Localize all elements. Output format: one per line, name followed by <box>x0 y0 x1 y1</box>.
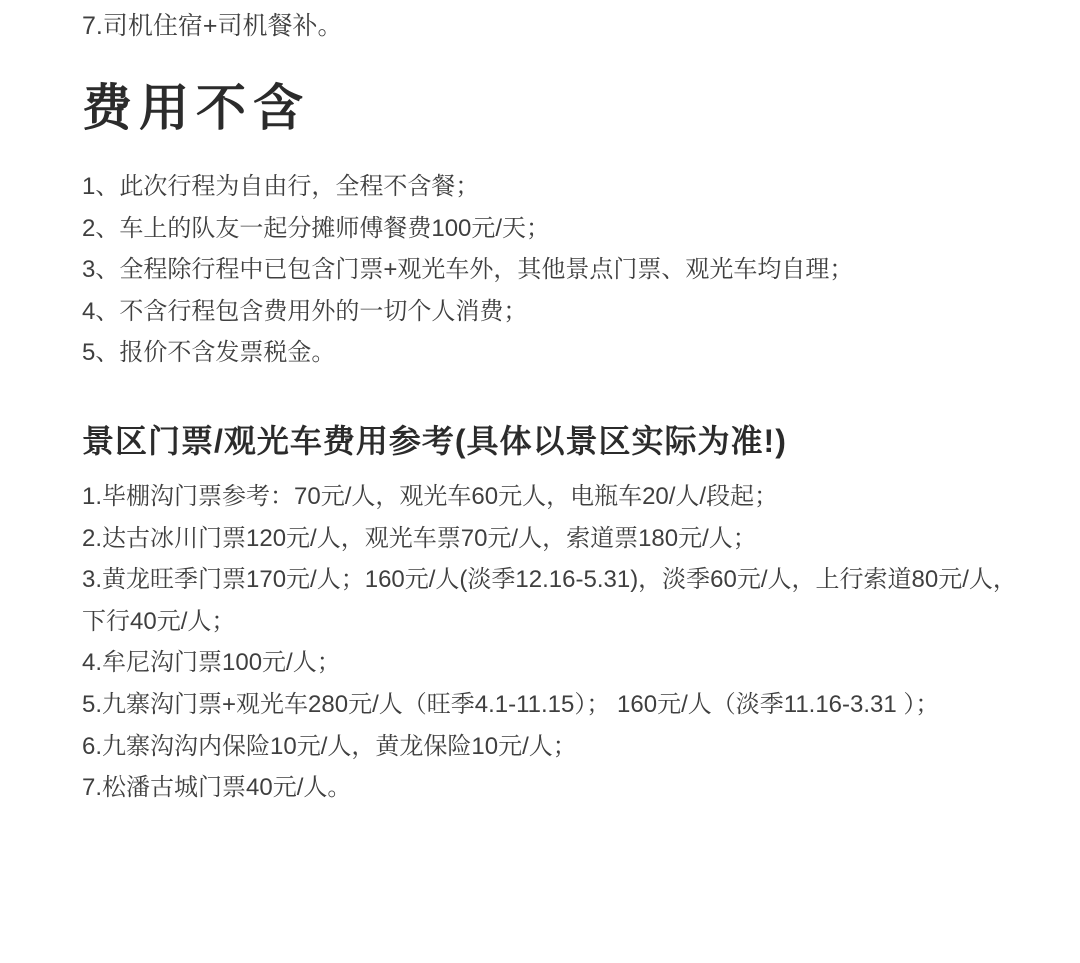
fees-excluded-item-1: 1、此次行程为自由行，全程不含餐； <box>82 166 1018 208</box>
ticket-reference-item-4: 4.牟尼沟门票100元/人； <box>82 642 1018 684</box>
section-title-ticket-price-reference: 景区门票/观光车费用参考(具体以景区实际为准!) <box>82 418 1018 464</box>
fees-excluded-item-5: 5、报价不含发票税金。 <box>82 332 1018 374</box>
ticket-reference-item-5: 5.九寨沟门票+观光车280元/人（旺季4.1-11.15）； 160元/人（淡… <box>82 684 1018 726</box>
ticket-reference-item-6: 6.九寨沟沟内保险10元/人，黄龙保险10元/人； <box>82 726 1018 768</box>
ticket-reference-item-1: 1.毕棚沟门票参考：70元/人，观光车60元人，电瓶车20/人/段起； <box>82 476 1018 518</box>
fees-excluded-item-3: 3、全程除行程中已包含门票+观光车外，其他景点门票、观光车均自理； <box>82 249 1018 291</box>
ticket-reference-item-3: 3.黄龙旺季门票170元/人；160元/人(淡季12.16-5.31)，淡季60… <box>82 559 1018 642</box>
carry-over-list-line: 7.司机住宿+司机餐补。 <box>82 5 1018 47</box>
ticket-reference-item-7: 7.松潘古城门票40元/人。 <box>82 767 1018 809</box>
fees-excluded-item-2: 2、车上的队友一起分摊师傅餐费100元/天； <box>82 208 1018 250</box>
section-title-fees-not-included: 费用不含 <box>82 77 1018 139</box>
fees-not-included-list: 1、此次行程为自由行，全程不含餐； 2、车上的队友一起分摊师傅餐费100元/天；… <box>82 166 1018 374</box>
ticket-reference-item-2: 2.达古冰川门票120元/人，观光车票70元/人，索道票180元/人； <box>82 518 1018 560</box>
ticket-price-reference-list: 1.毕棚沟门票参考：70元/人，观光车60元人，电瓶车20/人/段起； 2.达古… <box>82 476 1018 809</box>
travel-cost-document: 7.司机住宿+司机餐补。 费用不含 1、此次行程为自由行，全程不含餐； 2、车上… <box>0 0 1080 963</box>
fees-excluded-item-4: 4、不含行程包含费用外的一切个人消费； <box>82 291 1018 333</box>
